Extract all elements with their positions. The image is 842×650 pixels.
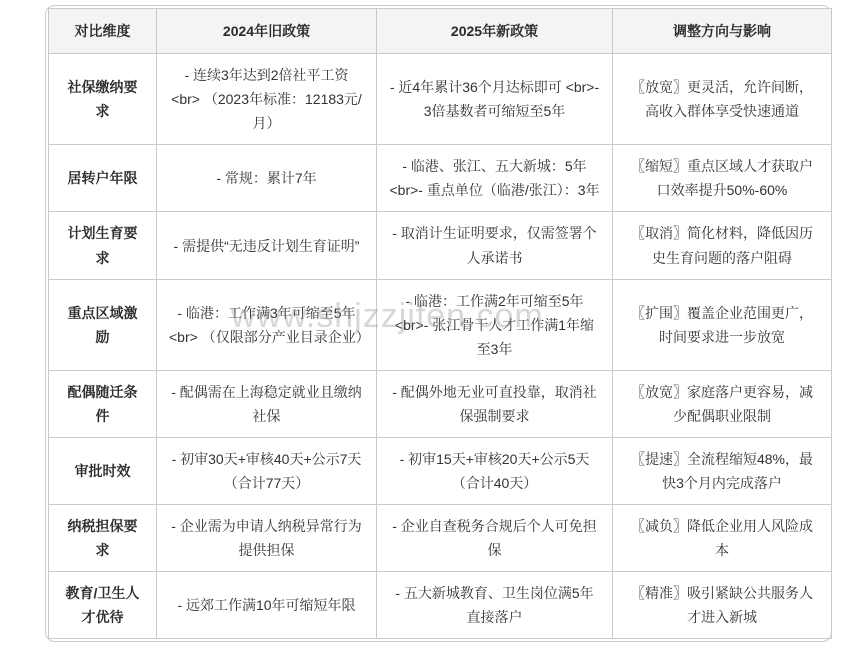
header-row: 对比维度 2024年旧政策 2025年新政策 调整方向与影响: [49, 9, 832, 54]
new-policy-cell: - 配偶外地无业可直投靠，取消社保强制要求: [377, 370, 613, 437]
table-row: 计划生育要求 - 需提供“无违反计划生育证明” - 取消计生证明要求，仅需签署个…: [49, 212, 832, 279]
row-dimension-cell: 审批时效: [49, 438, 157, 505]
table-row: 审批时效 - 初审30天+审核40天+公示7天（合计77天） - 初审15天+审…: [49, 438, 832, 505]
table-row: 教育/卫生人才优待 - 远郊工作满10年可缩短年限 - 五大新城教育、卫生岗位满…: [49, 572, 832, 639]
impact-cell: 〖扩围〗覆盖企业范围更广，时间要求进一步放宽: [613, 279, 832, 370]
new-policy-cell: - 临港、张江、五大新城：5年 <br>- 重点单位（临港/张江）：3年: [377, 145, 613, 212]
table-row: 重点区域激励 - 临港：工作满3年可缩至5年 <br> （仅限部分产业目录企业）…: [49, 279, 832, 370]
table-row: 纳税担保要求 - 企业需为申请人纳税异常行为提供担保 - 企业自查税务合规后个人…: [49, 505, 832, 572]
old-policy-cell: - 临港：工作满3年可缩至5年 <br> （仅限部分产业目录企业）: [157, 279, 377, 370]
impact-cell: 〖提速〗全流程缩短48%，最快3个月内完成落户: [613, 438, 832, 505]
old-policy-cell: - 远郊工作满10年可缩短年限: [157, 572, 377, 639]
column-header-dimension: 对比维度: [49, 9, 157, 54]
policy-comparison-table: 对比维度 2024年旧政策 2025年新政策 调整方向与影响 社保缴纳要求 - …: [45, 5, 832, 642]
new-policy-cell: - 临港：工作满2年可缩至5年 <br>- 张江骨干人才工作满1年缩至3年: [377, 279, 613, 370]
old-policy-cell: - 需提供“无违反计划生育证明”: [157, 212, 377, 279]
policy-table: 对比维度 2024年旧政策 2025年新政策 调整方向与影响 社保缴纳要求 - …: [48, 8, 832, 639]
table-row: 社保缴纳要求 - 连续3年达到2倍社平工资 <br> （2023年标准：1218…: [49, 54, 832, 145]
row-dimension-cell: 教育/卫生人才优待: [49, 572, 157, 639]
column-header-new-policy: 2025年新政策: [377, 9, 613, 54]
impact-cell: 〖取消〗简化材料，降低因历史生育问题的落户阻碍: [613, 212, 832, 279]
old-policy-cell: - 常规：累计7年: [157, 145, 377, 212]
row-dimension-cell: 重点区域激励: [49, 279, 157, 370]
old-policy-cell: - 初审30天+审核40天+公示7天（合计77天）: [157, 438, 377, 505]
row-dimension-cell: 配偶随迁条件: [49, 370, 157, 437]
row-dimension-cell: 纳税担保要求: [49, 505, 157, 572]
column-header-impact: 调整方向与影响: [613, 9, 832, 54]
impact-cell: 〖缩短〗重点区域人才获取户口效率提升50%-60%: [613, 145, 832, 212]
new-policy-cell: - 近4年累计36个月达标即可 <br>- 3倍基数者可缩短至5年: [377, 54, 613, 145]
impact-cell: 〖减负〗降低企业用人风险成本: [613, 505, 832, 572]
new-policy-cell: - 初审15天+审核20天+公示5天（合计40天）: [377, 438, 613, 505]
impact-cell: 〖放宽〗更灵活，允许间断，高收入群体享受快速通道: [613, 54, 832, 145]
new-policy-cell: - 企业自查税务合规后个人可免担保: [377, 505, 613, 572]
impact-cell: 〖放宽〗家庭落户更容易，减少配偶职业限制: [613, 370, 832, 437]
row-dimension-cell: 居转户年限: [49, 145, 157, 212]
impact-cell: 〖精准〗吸引紧缺公共服务人才进入新城: [613, 572, 832, 639]
table-row: 配偶随迁条件 - 配偶需在上海稳定就业且缴纳社保 - 配偶外地无业可直投靠，取消…: [49, 370, 832, 437]
row-dimension-cell: 社保缴纳要求: [49, 54, 157, 145]
new-policy-cell: - 五大新城教育、卫生岗位满5年直接落户: [377, 572, 613, 639]
row-dimension-cell: 计划生育要求: [49, 212, 157, 279]
old-policy-cell: - 连续3年达到2倍社平工资 <br> （2023年标准：12183元/月）: [157, 54, 377, 145]
old-policy-cell: - 企业需为申请人纳税异常行为提供担保: [157, 505, 377, 572]
old-policy-cell: - 配偶需在上海稳定就业且缴纳社保: [157, 370, 377, 437]
new-policy-cell: - 取消计生证明要求，仅需签署个人承诺书: [377, 212, 613, 279]
column-header-old-policy: 2024年旧政策: [157, 9, 377, 54]
table-row: 居转户年限 - 常规：累计7年 - 临港、张江、五大新城：5年 <br>- 重点…: [49, 145, 832, 212]
